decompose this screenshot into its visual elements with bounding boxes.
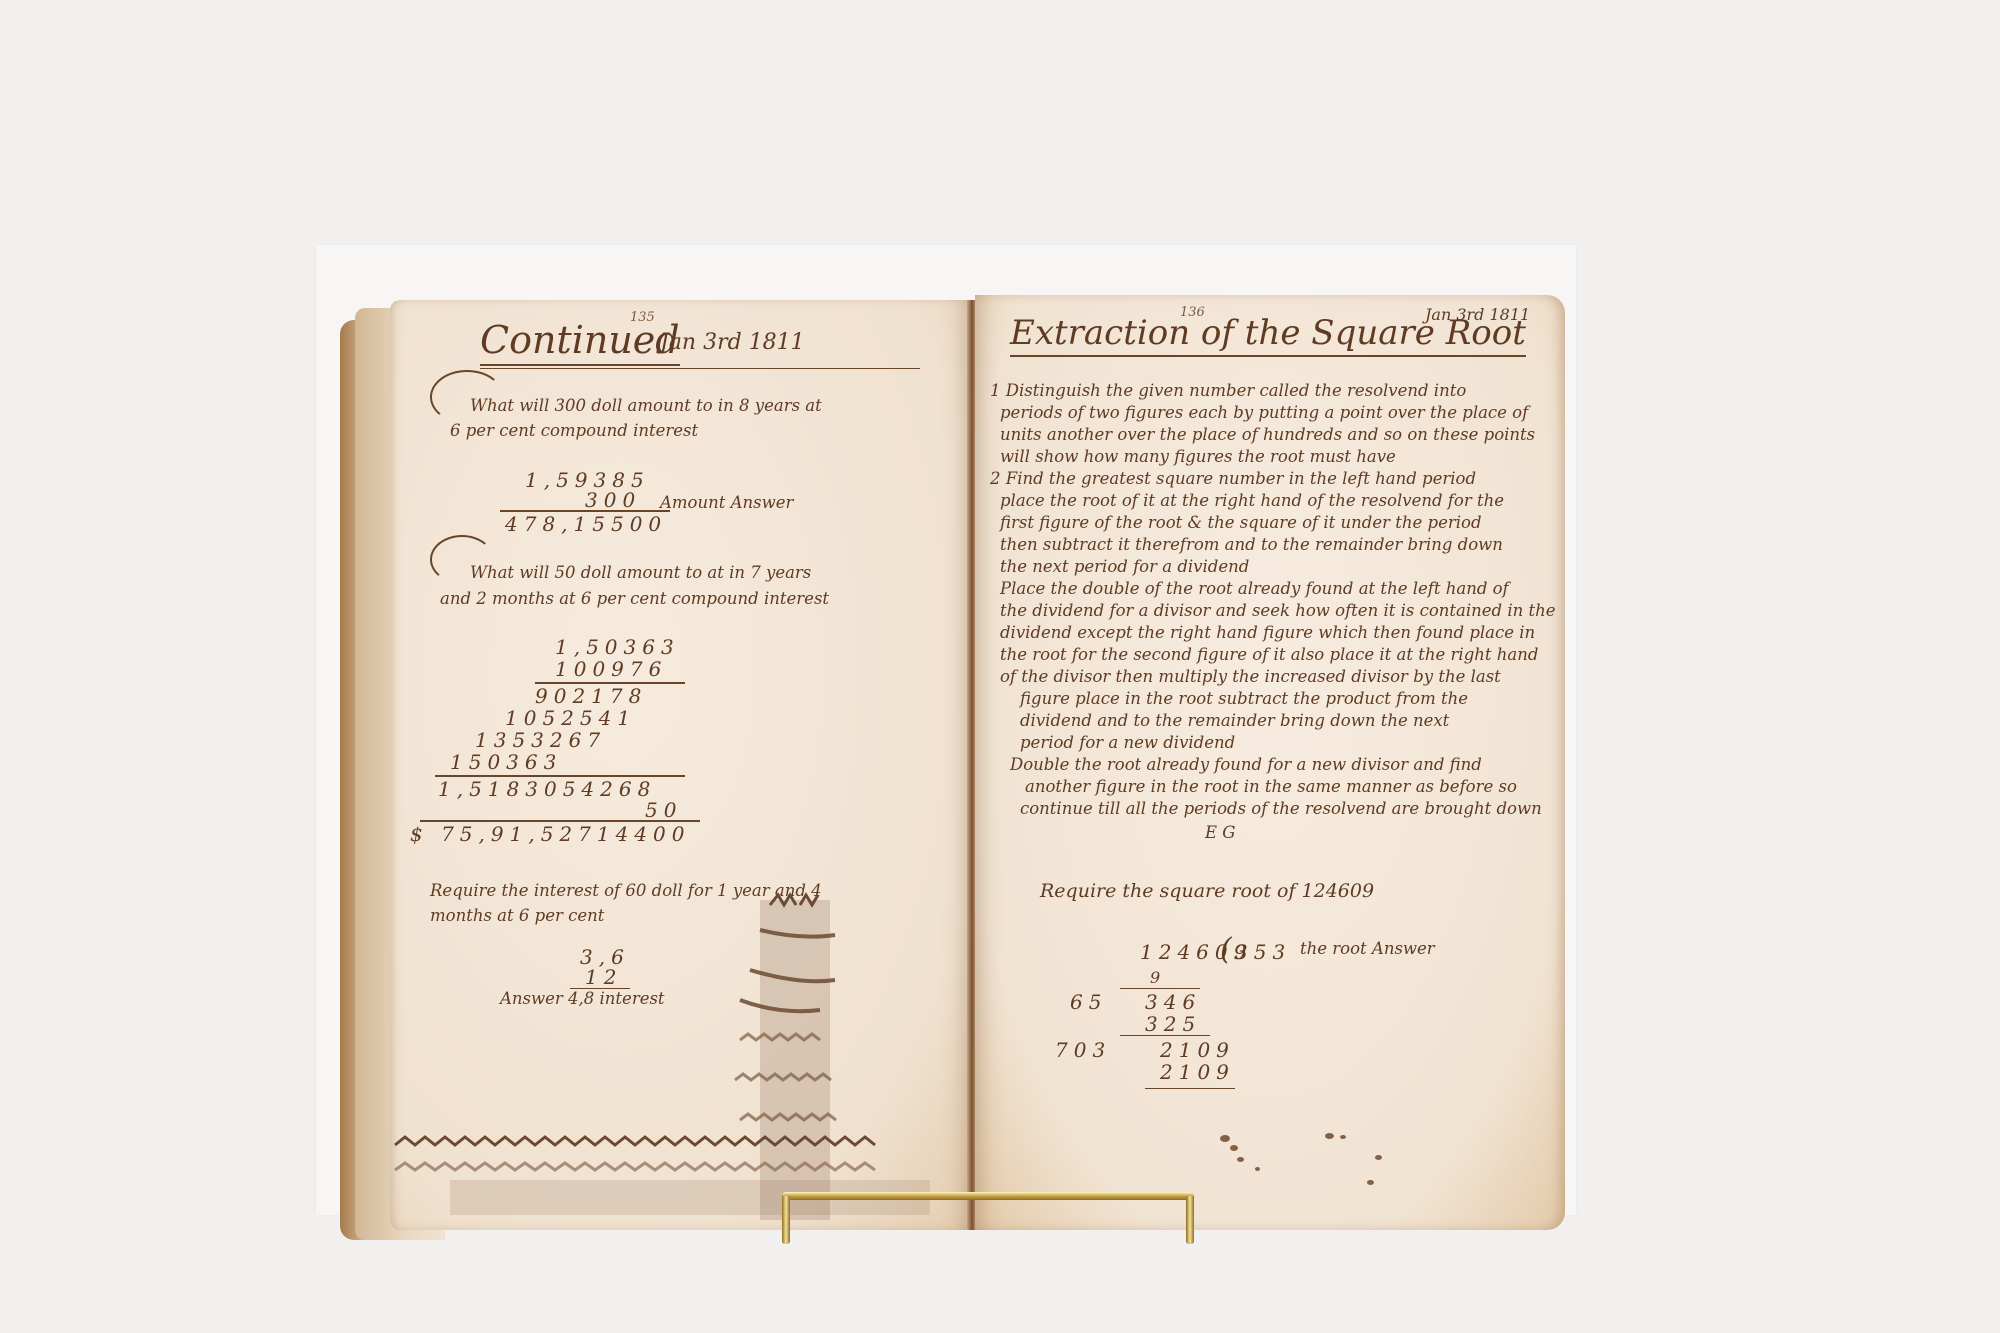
step-value: 325 (1145, 1012, 1201, 1036)
rule-line: the next period for a dividend (1000, 556, 1249, 578)
work-figure: 150363 (450, 750, 562, 774)
problem-1-line-2: 6 per cent compound interest (450, 420, 698, 442)
title-underline (480, 368, 920, 369)
problem-2-line-1: What will 50 doll amount to at in 7 year… (470, 562, 811, 584)
left-page-title: Continued (480, 318, 680, 366)
work-figure: 100976 (555, 657, 667, 681)
work-figure: 1,50363 (555, 635, 680, 659)
step-value: 2109 (1160, 1060, 1235, 1084)
problem-2-line-2: and 2 months at 6 per cent compound inte… (440, 588, 829, 610)
rule-line: units another over the place of hundreds… (1000, 424, 1535, 446)
left-page-date: Jan 3rd 1811 (660, 330, 805, 355)
rule-line: the root for the second figure of it als… (1000, 644, 1538, 666)
problem-3-line-2: months at 6 per cent (430, 905, 604, 927)
rule-line: period for a new dividend (1020, 732, 1235, 754)
rule-line: figure place in the root subtract the pr… (1020, 688, 1468, 710)
right-page: Extraction of the Square Root 136 Jan 3r… (975, 295, 1565, 1230)
rule-line: dividend and to the remainder bring down… (1020, 710, 1449, 732)
rule-line: Double the root already found for a new … (1010, 754, 1482, 776)
left-page-number: 135 (630, 310, 655, 325)
step-rule (1145, 1088, 1235, 1089)
rule-line: place the root of it at the right hand o… (1000, 490, 1504, 512)
answer-label: Answer 4,8 interest (500, 988, 665, 1010)
answer-label: Amount Answer (660, 492, 793, 514)
rule-line: Place the double of the root already fou… (1000, 578, 1509, 600)
rule-line: E G (1205, 822, 1235, 844)
work-figure: 12 (585, 965, 622, 989)
work-figure: 1052541 (505, 706, 636, 730)
rule-line: will show how many figures the root must… (1000, 446, 1396, 468)
step-divisor: 703 (1055, 1038, 1111, 1062)
step-value: 9 (1150, 968, 1166, 987)
ciphering-book: Continued 135 Jan 3rd 1811 What will 300… (330, 290, 1570, 1240)
step-value: 346 (1145, 990, 1201, 1014)
right-page-number: 136 (1180, 305, 1205, 320)
rule-line: the dividend for a divisor and seek how … (1000, 600, 1556, 622)
step-rule (1120, 988, 1200, 989)
problem-1-line-1: What will 300 doll amount to in 8 years … (470, 395, 822, 417)
rule-line: dividend except the right hand figure wh… (1000, 622, 1535, 644)
stand-leg-left (782, 1196, 790, 1244)
step-rule (1120, 1035, 1210, 1036)
square-root-working: 124609 ( 353 the root Answer 9 65 346 32… (1050, 920, 1410, 1120)
rule-line: continue till all the periods of the res… (1020, 798, 1542, 820)
rule-line: of the divisor then multiply the increas… (1000, 666, 1501, 688)
root-answer-label: the root Answer (1300, 938, 1435, 960)
root-result: 353 (1235, 940, 1291, 964)
work-figure: 50 (645, 798, 682, 822)
left-page: Continued 135 Jan 3rd 1811 What will 300… (390, 300, 970, 1230)
work-result: 478,15500 (505, 512, 667, 536)
work-figure: 1,5183054268 (438, 777, 656, 801)
root-bracket: ( (1220, 932, 1232, 967)
rule-line: first figure of the root & the square of… (1000, 512, 1482, 534)
work-figure: 300 (585, 488, 641, 512)
right-page-date: Jan 3rd 1811 (1425, 305, 1530, 324)
rule-line: periods of two figures each by putting a… (1000, 402, 1528, 424)
step-value: 2109 (1160, 1038, 1235, 1062)
work-figure: 902178 (535, 684, 647, 708)
rule-line: then subtract it therefrom and to the re… (1000, 534, 1503, 556)
stand-leg-right (1186, 1196, 1194, 1244)
rule-line: 1 Distinguish the given number called th… (990, 380, 1466, 402)
step-divisor: 65 (1070, 990, 1107, 1014)
rule-line: another figure in the root in the same m… (1025, 776, 1517, 798)
work-result: $ 75,91,52714400 (410, 822, 691, 846)
brass-book-stand (782, 1192, 1194, 1200)
ink-zigzag-doodle (390, 1130, 970, 1220)
rule-line: 2 Find the greatest square number in the… (990, 468, 1476, 490)
example-question: Require the square root of 124609 (1040, 880, 1374, 902)
work-figure: 1353267 (475, 728, 606, 752)
